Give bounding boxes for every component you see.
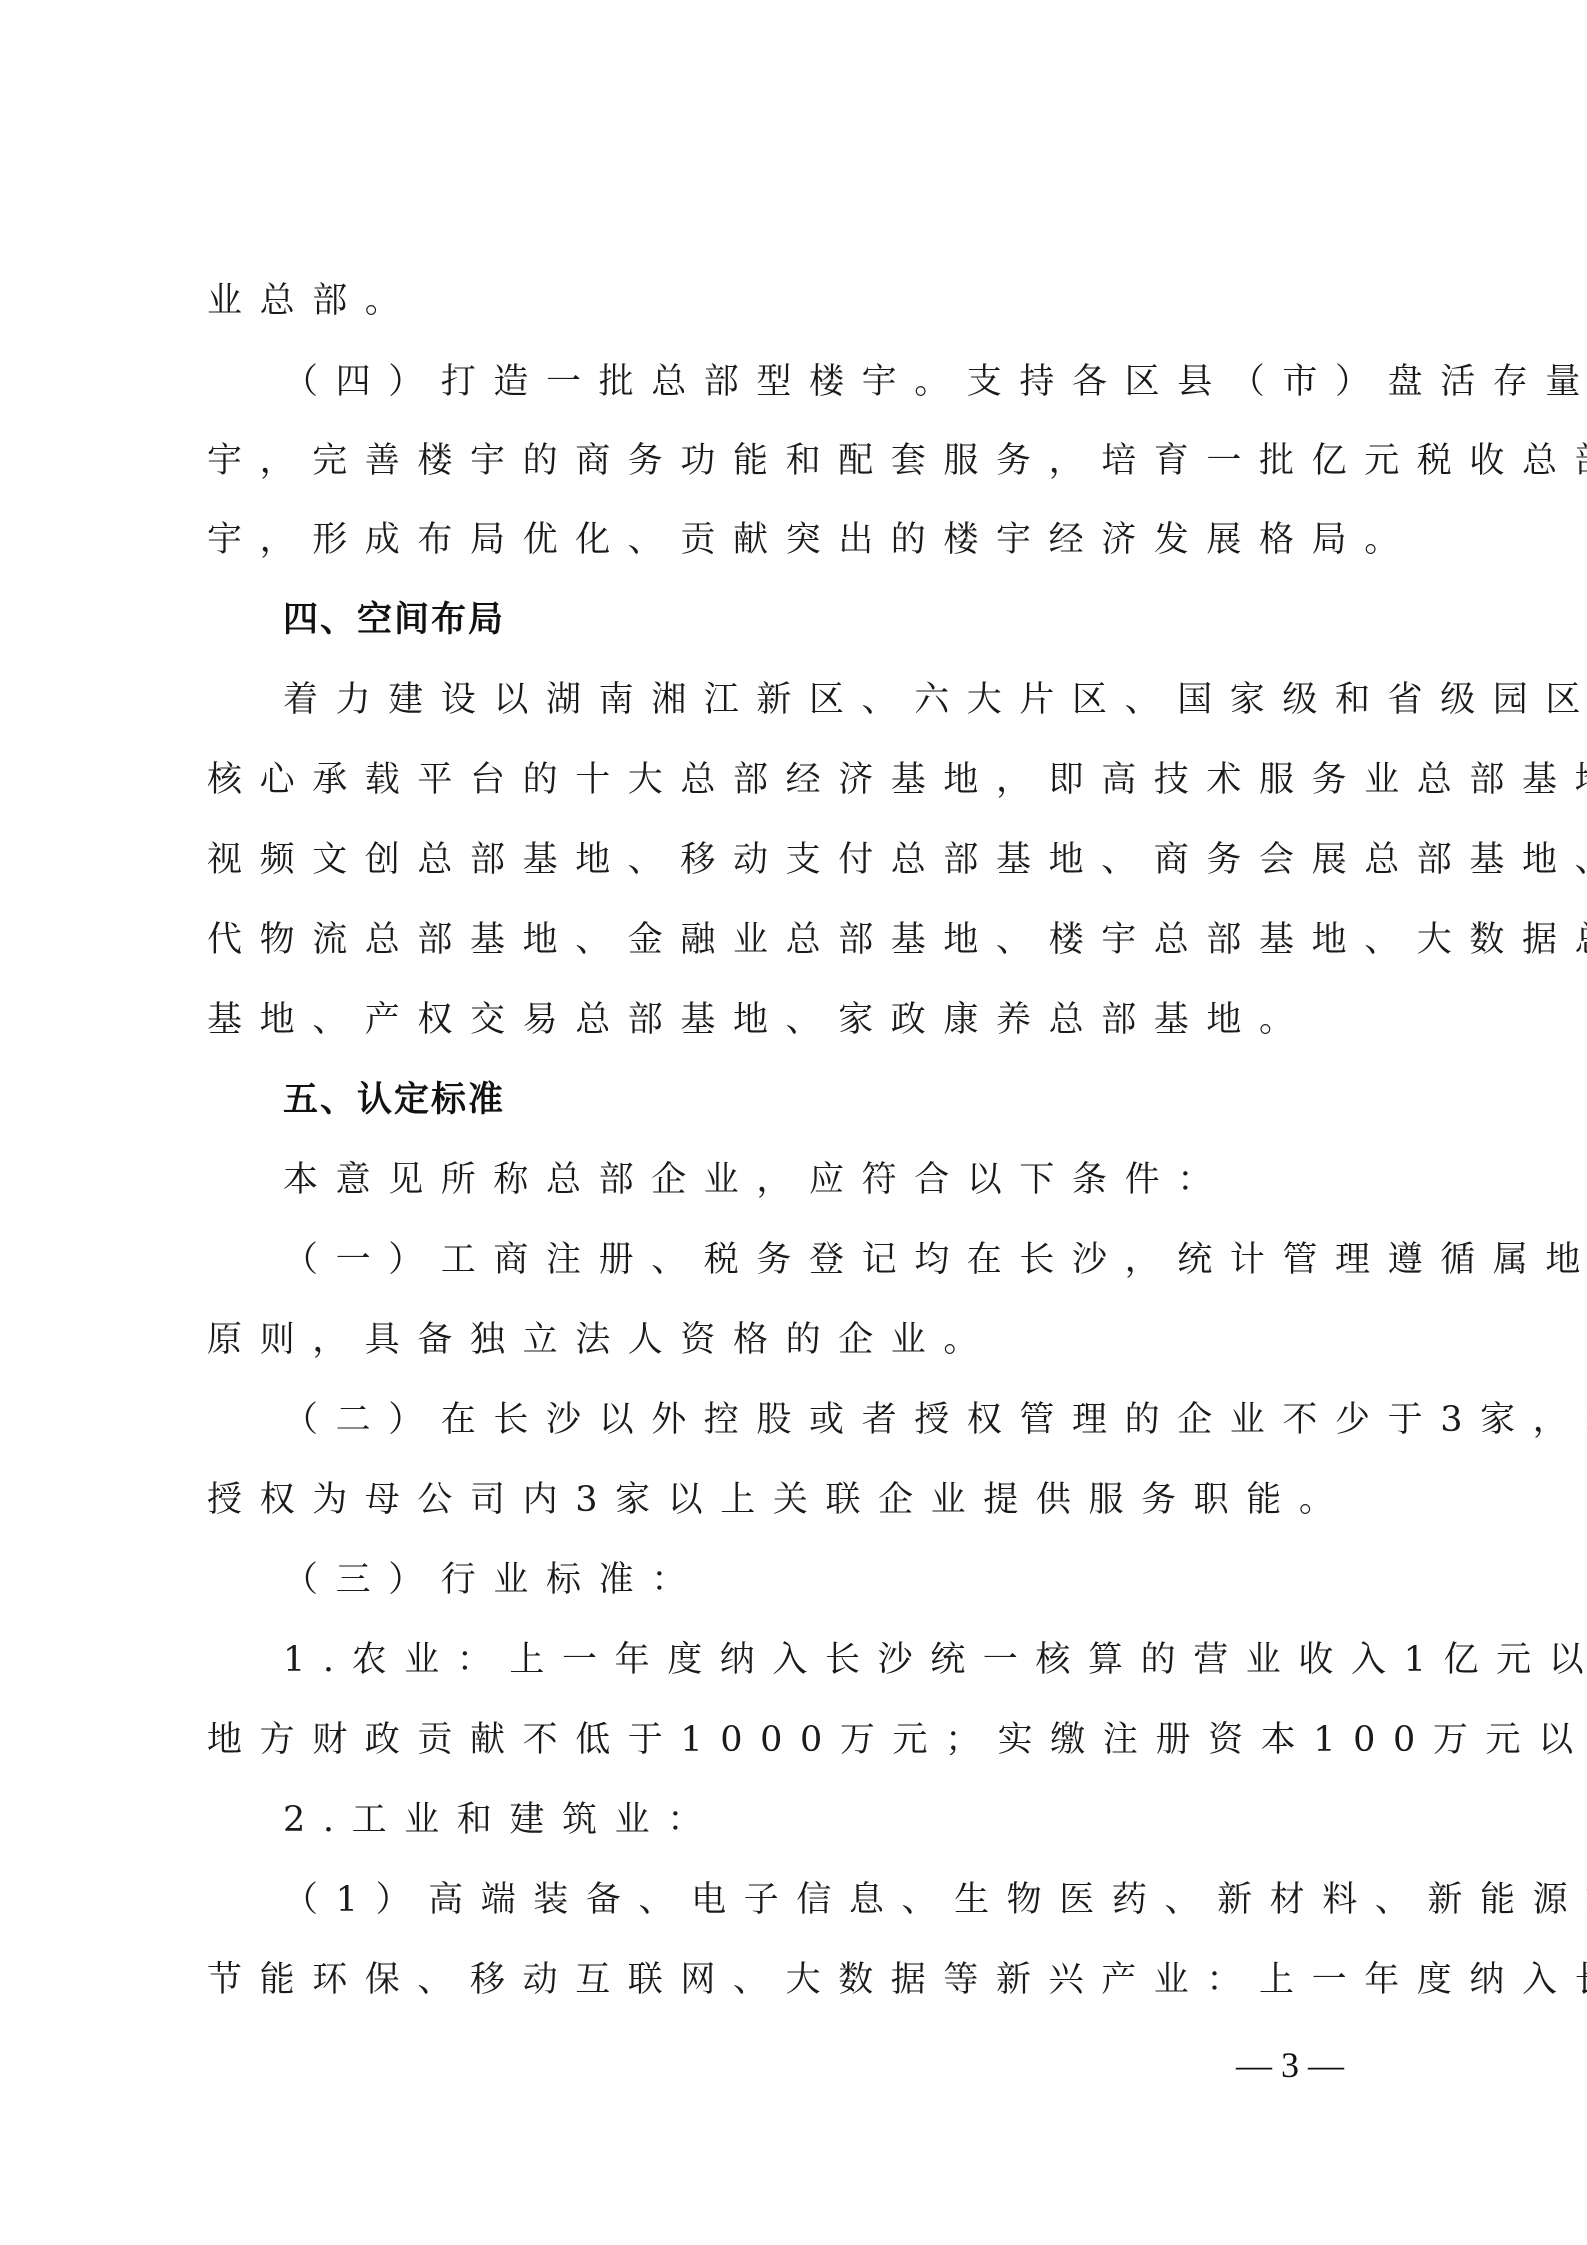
text-line: 业总部。 bbox=[207, 271, 1387, 331]
text-line: （二）在长沙以外控股或者授权管理的企业不少于3家，或者 bbox=[283, 1390, 1387, 1450]
text-line: （三）行业标准： bbox=[283, 1550, 1387, 1610]
text-line: 代物流总部基地、金融业总部基地、楼宇总部基地、大数据总部 bbox=[207, 910, 1387, 970]
document-page: 业总部。（四）打造一批总部型楼宇。支持各区县（市）盘活存量楼宇，完善楼宇的商务功… bbox=[0, 0, 1587, 2245]
text-line: 宇，形成布局优化、贡献突出的楼宇经济发展格局。 bbox=[207, 510, 1387, 570]
text-line: 2.工业和建筑业： bbox=[283, 1790, 1387, 1850]
page-number: — 3 — bbox=[1220, 2040, 1360, 2090]
text-line: 本意见所称总部企业，应符合以下条件： bbox=[283, 1150, 1387, 1210]
text-line: 1.农业：上一年度纳入长沙统一核算的营业收入1亿元以上、 bbox=[283, 1630, 1387, 1690]
text-line: 着力建设以湖南湘江新区、六大片区、国家级和省级园区为 bbox=[283, 670, 1387, 730]
text-line: 核心承载平台的十大总部经济基地，即高技术服务业总部基地、 bbox=[207, 750, 1387, 810]
text-line: 地方财政贡献不低于1000万元；实缴注册资本100万元以上。 bbox=[207, 1710, 1387, 1770]
section-heading-criteria: 五、认定标准 bbox=[283, 1070, 505, 1130]
text-line: 基地、产权交易总部基地、家政康养总部基地。 bbox=[207, 990, 1387, 1050]
text-line: （四）打造一批总部型楼宇。支持各区县（市）盘活存量楼 bbox=[283, 352, 1387, 412]
text-line: 视频文创总部基地、移动支付总部基地、商务会展总部基地、现 bbox=[207, 830, 1387, 890]
text-line: （一）工商注册、税务登记均在长沙，统计管理遵循属地管理 bbox=[283, 1230, 1387, 1290]
text-line: （1）高端装备、电子信息、生物医药、新材料、新能源汽车、 bbox=[283, 1870, 1387, 1930]
text-line: 节能环保、移动互联网、大数据等新兴产业：上一年度纳入长沙 bbox=[207, 1950, 1387, 2010]
text-line: 原则，具备独立法人资格的企业。 bbox=[207, 1310, 1387, 1370]
text-line: 授权为母公司内3家以上关联企业提供服务职能。 bbox=[207, 1470, 1387, 1530]
text-line: 宇，完善楼宇的商务功能和配套服务，培育一批亿元税收总部楼 bbox=[207, 431, 1387, 491]
section-heading-spatial-layout: 四、空间布局 bbox=[283, 590, 505, 650]
